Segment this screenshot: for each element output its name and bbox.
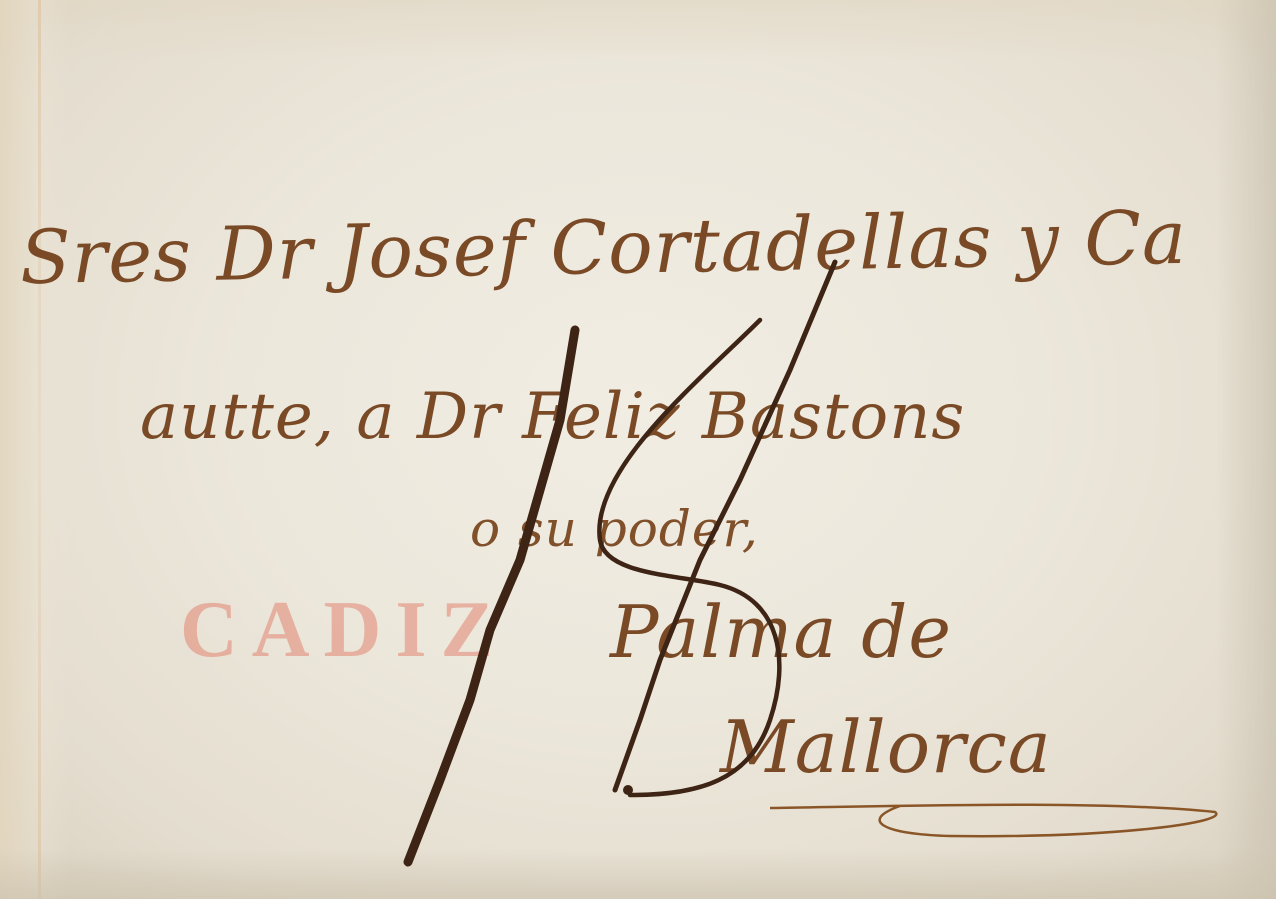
rate-marking-15	[0, 0, 1276, 899]
letter-cover: CADIZ Sres Dr Josef Cortadellas y Ca aut…	[0, 0, 1276, 899]
